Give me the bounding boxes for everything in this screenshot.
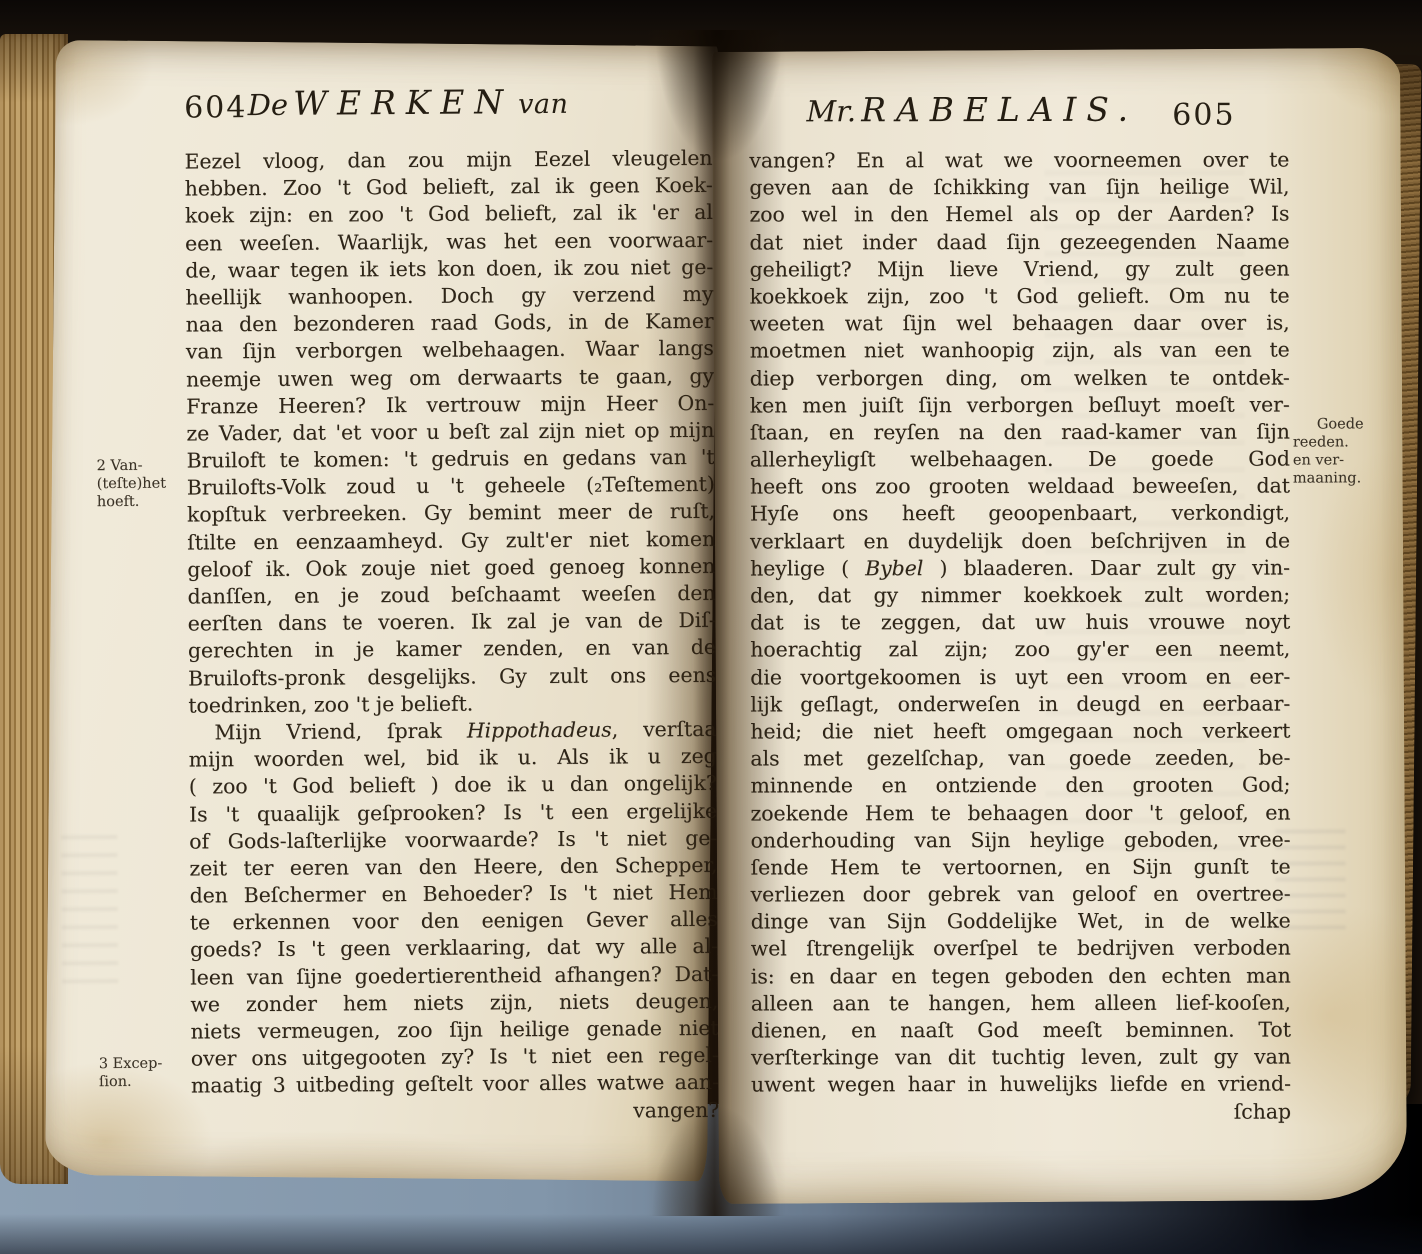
- text-line: verklaart en duydelijk doen beſchrijven …: [750, 527, 1290, 555]
- text-line: niets vermeugen, zoo ſijn heilige genade…: [190, 1015, 718, 1046]
- text-line: ( zoo 't God belieft ) doe ik u dan onge…: [189, 770, 717, 801]
- text-line: ſtaan, en reyſen na den raad-kamer van ſ…: [750, 418, 1290, 446]
- text-line: toedrinken, zoo 't je belieft.: [188, 689, 716, 720]
- header-title-text: RABELAIS.: [861, 90, 1138, 129]
- text-line: te erkennen voor den eenigen Gever alles: [190, 906, 718, 937]
- text-line: moetmen niet wanhoopig zijn, als van een…: [750, 337, 1290, 365]
- text-line: den, dat gy nimmer koekkoek zult worden;: [750, 582, 1290, 610]
- body-text-left: Eezel vloog, dan zou mijn Eezel vleugele…: [184, 145, 719, 1127]
- photographed-book-scene: 604 De WERKEN van Eezel vloog, dan zou m…: [0, 0, 1422, 1254]
- text-line: diep verborgen ding, om welken te ontdek…: [750, 364, 1290, 392]
- text-line: kopſtuk verbreeken. Gy bemint meer de ru…: [187, 498, 715, 529]
- text-line: Mijn Vriend, ſprak Hippothadeus, verſtaa: [188, 716, 716, 747]
- text-line: Bruiloft te komen: 't gedruis en gedans …: [187, 444, 715, 475]
- text-line: dinge van Sijn Goddelijke Wet, in de wel…: [751, 908, 1291, 936]
- margin-note-line: ſion.: [99, 1072, 191, 1091]
- text-line: ſtilte en eenzaamheyd. Gy zult'er niet k…: [187, 525, 715, 556]
- text-line: den Beſchermer en Behoeder? Is 't niet H…: [190, 879, 718, 910]
- text-line: vangen?: [191, 1096, 719, 1127]
- header-abbr: Mr.: [806, 94, 856, 128]
- text-line: lijk geſlagt, onderweſen in deugd en eer…: [750, 690, 1290, 718]
- text-line: leen van ſijne goedertierentheid afhange…: [190, 960, 718, 991]
- running-header-left: De WERKEN van: [234, 82, 582, 123]
- text-line: als met gezelſchap, van goede zeeden, be…: [750, 745, 1290, 773]
- text-line: onderhouding van Sijn heylige geboden, v…: [751, 826, 1291, 854]
- text-line: mijn woorden wel, bid ik u. Als ik u zeg: [189, 743, 717, 774]
- text-line: heellijk wanhoopen. Doch gy verzend my: [185, 281, 713, 312]
- margin-note-goede-reeden: Goedereeden.en ver-maaning.: [1293, 415, 1397, 487]
- text-line: heid; die niet heeft omgegaan noch verke…: [750, 717, 1290, 745]
- right-page-content: Mr. RABELAIS. 605 vangen? En al wat we v…: [714, 49, 1404, 1202]
- margin-note-exception: 3 Excep-ſion.: [99, 1054, 191, 1091]
- text-line: zoo wel in den Hemel als op der Aarden? …: [749, 201, 1289, 229]
- text-line: heeft ons zoo grooten weldaad beweeſen, …: [750, 473, 1290, 501]
- text-line: koek zijn: en zoo 't God belieft, zal ik…: [185, 199, 713, 230]
- margin-note-line: en ver-: [1293, 451, 1397, 469]
- text-line: Franze Heeren? Ik vertrouw mijn Heer On-: [186, 390, 714, 421]
- text-line: Hyſe ons heeft geoopenbaart, verkondigt,: [750, 500, 1290, 528]
- text-line: dat niet inder daad ſijn gezeegenden Naa…: [749, 228, 1289, 256]
- text-line: geheiligt? Mijn lieve Vriend, gy zult ge…: [750, 255, 1290, 283]
- text-line: hoerachtig zal zijn; zoo gy'er een neemt…: [750, 636, 1290, 664]
- text-line: de, waar tegen ik iets kon doen, ik zou …: [185, 254, 713, 285]
- text-line: Is 't quaalijk geſprooken? Is 't een erg…: [189, 797, 717, 828]
- book-page-right-605: Mr. RABELAIS. 605 vangen? En al wat we v…: [712, 48, 1407, 1204]
- text-line: danſſen, en je zoud beſchaamt weeſen den: [187, 580, 715, 611]
- text-line: minnende en ontziende den grooten God;: [750, 772, 1290, 800]
- text-line: geven aan de ſchikking van ſijn heilige …: [749, 174, 1289, 202]
- text-line: verliezen door gebrek van geloof en over…: [751, 881, 1291, 909]
- text-line: over ons uitgegooten zy? Is 't niet een …: [191, 1042, 719, 1073]
- text-line: ken men juiſt ſijn verborgen beſluyt moe…: [750, 391, 1290, 419]
- header-prefix: De: [248, 88, 289, 122]
- text-line: alleen aan te hangen, hem alleen lief-ko…: [751, 989, 1291, 1017]
- text-line: uwent wegen haar in huwelijks liefde en …: [751, 1071, 1291, 1099]
- text-line: allerheyligſt welbehaagen. De goede God: [750, 446, 1290, 474]
- text-line: geloof ik. Ook zouje niet goed genoeg ko…: [187, 553, 715, 584]
- running-header-right: Mr. RABELAIS.: [802, 90, 1142, 130]
- text-line: weeten wat ſijn wel behaagen daar over i…: [750, 310, 1290, 338]
- text-line: vangen? En al wat we voorneemen over te: [749, 147, 1289, 175]
- text-line: ſchap: [751, 1098, 1291, 1126]
- margin-note-line: hoeft.: [97, 492, 189, 511]
- header-suffix: van: [518, 89, 569, 120]
- bleed-through-smudge: [61, 835, 118, 985]
- text-line: heylige ( Bybel ) blaaderen. Daar zult g…: [750, 554, 1290, 582]
- text-line: naa den bezonderen raad Gods, in de Kame…: [186, 308, 714, 339]
- text-line: verſterkinge van dit tuchtig leven, zult…: [751, 1044, 1291, 1072]
- text-line: zoekende Hem te behaagen door 't geloof,…: [750, 799, 1290, 827]
- margin-note-line: Goede: [1293, 415, 1397, 433]
- text-line: wel ſtrengelijk overſpel te bedrijven ve…: [751, 935, 1291, 963]
- text-line: een weeſen. Waarlijk, was het een voorwa…: [185, 226, 713, 257]
- margin-note-line: 2 Van-: [97, 456, 189, 475]
- book-page-left-604: 604 De WERKEN van Eezel vloog, dan zou m…: [45, 40, 718, 1181]
- text-line: of Gods-laſterlijke voorwaarde? Is 't ni…: [189, 824, 717, 855]
- text-line: maatig 3 uitbeding geſtelt voor alles wa…: [191, 1069, 719, 1100]
- margin-note-testament: 2 Van-(teſte)hethoeft.: [97, 456, 189, 511]
- text-line: die voortgekoomen is uyt een vroom en ee…: [750, 663, 1290, 691]
- text-line: zeit ter eeren van den Heere, den Schepp…: [189, 852, 717, 883]
- text-line: Eezel vloog, dan zou mijn Eezel vleugele…: [184, 145, 712, 176]
- margin-note-line: reeden.: [1293, 433, 1397, 451]
- text-line: eerſten dans te voeren. Ik zal je van de…: [188, 607, 716, 638]
- body-text-right: vangen? En al wat we voorneemen over teg…: [749, 147, 1291, 1127]
- left-page-content: 604 De WERKEN van Eezel vloog, dan zou m…: [48, 41, 718, 1181]
- text-line: goeds? Is 't geen verklaaring, dat wy al…: [190, 933, 718, 964]
- text-line: van ſijn verborgen welbehaagen. Waar lan…: [186, 335, 714, 366]
- text-line: Bruilofts-pronk desgelijks. Gy zult ons …: [188, 661, 716, 692]
- header-title-text: WERKEN: [293, 82, 513, 123]
- margin-note-line: maaning.: [1293, 469, 1397, 487]
- text-line: dienen, en naaſt God meeſt beminnen. Tot: [751, 1017, 1291, 1045]
- text-line: hebben. Zoo 't God belieft, zal ik geen …: [185, 172, 713, 203]
- margin-note-line: 3 Excep-: [99, 1054, 191, 1073]
- text-line: we zonder hem niets zijn, niets deugen,: [190, 988, 718, 1019]
- text-line: koekkoek zijn, zoo 't God gelieft. Om nu…: [750, 282, 1290, 310]
- text-line: ze Vader, dat 'et voor u beſt zal zijn n…: [186, 417, 714, 448]
- text-line: ſende Hem te vertoornen, en Sijn gunſt t…: [751, 853, 1291, 881]
- text-line: Bruilofts-Volk zoud u 't geheele (₂Teſte…: [187, 471, 715, 502]
- page-number-right: 605: [1172, 98, 1235, 133]
- text-line: dat is te zeggen, dat uw huis vrouwe noy…: [750, 609, 1290, 637]
- text-line: is: en daar en tegen geboden den echten …: [751, 962, 1291, 990]
- margin-note-line: (teſte)het: [97, 474, 189, 493]
- text-line: gerechten in je kamer zenden, en van de: [188, 634, 716, 665]
- text-line: neemje uwen weg om derwaarts te gaan, gy: [186, 362, 714, 393]
